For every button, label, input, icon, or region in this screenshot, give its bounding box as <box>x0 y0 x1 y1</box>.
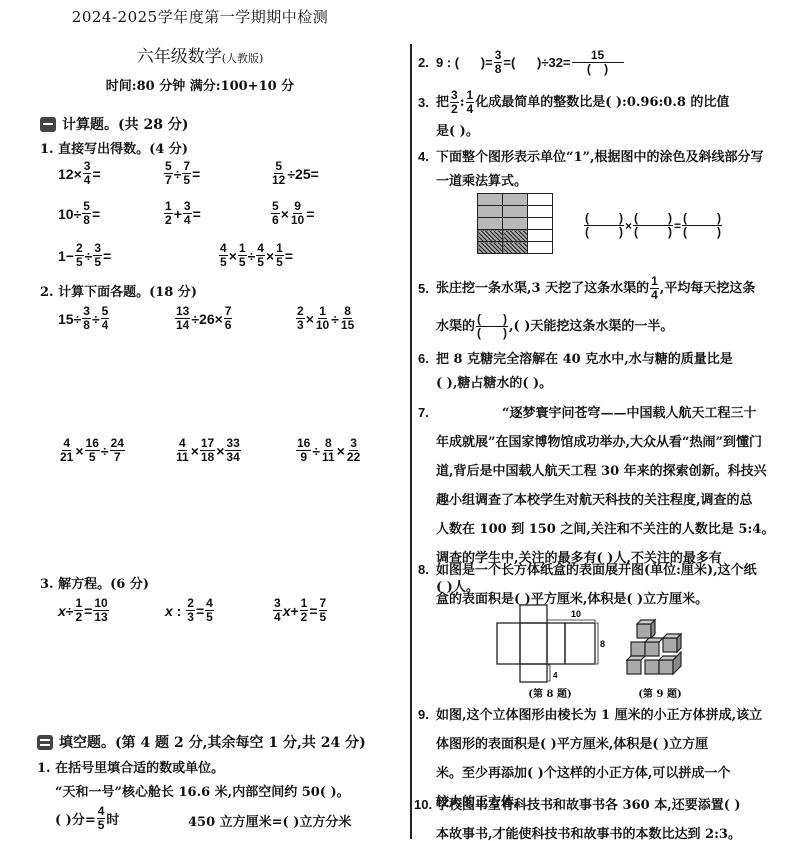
q-text: 学校图书室有科技书和故事书各 360 本,还要添置( ) <box>436 798 741 813</box>
q-number: 9. <box>418 700 436 729</box>
exam-title: 2024-2025学年度第一学期期中检测 <box>0 6 400 27</box>
svg-text:8: 8 <box>600 639 605 649</box>
s1-q3-label: 3. 解方程。(6 分) <box>40 573 149 592</box>
q-text: 把 <box>436 88 449 117</box>
equation-item: x÷12=1013 <box>58 597 110 624</box>
frac-den: 2 <box>450 103 459 116</box>
section-two-header: 填空题。(第 4 题 2 分,其余每空 1 分,共 24 分) <box>37 732 366 752</box>
calc-item: 56×910= <box>270 200 314 227</box>
s2-q5-line2: 水渠的 ()() ,( )天能挖这条水渠的一半。 <box>418 312 785 341</box>
q-number: 7. <box>418 398 436 427</box>
calc-item: 169÷811×322 <box>295 437 362 464</box>
q-text: 化成最简单的整数比是( ):0.96:0.8 的比值 <box>475 88 729 117</box>
q-number: 5. <box>418 274 436 303</box>
calc-item: 15÷38÷54 <box>58 305 110 332</box>
figure-9-caption: (第 9 题) <box>630 685 690 700</box>
s2-q6-line2: ( ),糖占糖水的( )。 <box>418 369 785 398</box>
subject-name: 六年级数学 <box>137 47 222 67</box>
unit-text: 时 <box>106 809 119 828</box>
q-text: 体图形的表面积是( )平方厘米,体积是( )立方厘 <box>418 730 778 759</box>
svg-text:4: 4 <box>553 671 558 680</box>
frac-den: 4 <box>466 103 475 116</box>
q-text: 年成就展”在国家博物馆成功举办,大众从看“热闹”到懂门 <box>418 428 778 457</box>
box-net-figure: 10 8 4 <box>495 603 615 683</box>
subject-title: 六年级数学(人教版) <box>0 42 400 67</box>
s2-q3: 3. 把 32 : 14 化成最简单的整数比是( ):0.96:0.8 的比值 <box>418 88 778 117</box>
svg-text:10: 10 <box>571 609 581 619</box>
section-two-icon <box>37 735 53 750</box>
frac-den: 4 <box>650 289 659 302</box>
multiplication-blank-equation: ()()× ()()= ()() <box>583 212 723 239</box>
q-text: 把 8 克糖完全溶解在 40 克水中,水与糖的质量比是 <box>436 352 733 367</box>
q-text: “逐梦寰宇问苍穹——中国载人航天工程三十 <box>502 406 756 421</box>
s1-q2-label: 2. 计算下面各题。(18 分) <box>40 281 197 300</box>
q-number: 10. <box>414 790 436 819</box>
edition-label: (人教版) <box>222 52 264 65</box>
unit-grid-figure <box>477 193 553 254</box>
calc-item: 10÷58= <box>58 200 100 227</box>
s2-q1-line1: “天和一号”核心舱长 16.6 米,内部空间约 50( )。 <box>55 781 350 800</box>
s2-q5-line1: 5. 张庄挖一条水渠,3 天挖了这条水渠的 14 ,平均每天挖这条 <box>418 274 778 303</box>
q-text: 如图是一个长方体纸盒的表面展开图(单位:厘米),这个纸 <box>436 563 757 578</box>
calc-item: 23×110÷815 <box>295 305 356 332</box>
equation-item: 34x+12=75 <box>272 597 328 624</box>
q-number: 2. <box>418 48 436 77</box>
calc-item: 512÷25= <box>270 160 319 187</box>
calc-item: 12+34= <box>163 200 201 227</box>
calc-item: 411×1718×3334 <box>174 437 242 464</box>
q-text: 水渠的 <box>436 312 475 341</box>
s2-q1-line2a: ( )分= 45 时 <box>55 805 119 832</box>
q-number: 3. <box>418 88 436 117</box>
s2-q10: 10.学校图书室有科技书和故事书各 360 本,还要添置( ) 本故事书,才能使… <box>414 790 774 841</box>
calc-item: 57÷75= <box>163 160 200 187</box>
equation-item: x : 23=45 <box>165 597 215 624</box>
frac-den: 5 <box>97 819 106 832</box>
section-one-icon <box>40 117 56 132</box>
ratio-expression: 9 : ( )=38=( )÷32=15( ) <box>436 48 625 77</box>
frac-num: 3 <box>450 89 459 103</box>
cube-stack-figure <box>625 618 695 682</box>
calc-item: 1−25÷35= <box>58 242 111 269</box>
s2-q4-line2: 一道乘法算式。 <box>418 167 785 196</box>
q-text: 人数在 100 到 150 之间,关注和不关注的人数比是 5:4。 <box>418 515 778 544</box>
calc-item: 1314÷26×76 <box>174 305 233 332</box>
q-text: 下面整个图形表示单位“1”,根据图中的涂色及斜线部分写 <box>436 150 764 165</box>
s2-q2: 2. 9 : ( )=38=( )÷32=15( ) <box>418 48 778 77</box>
section-one-title: 计算题。(共 28 分) <box>62 114 188 134</box>
q-text: ,( )天能挖这条水渠的一半。 <box>509 312 673 341</box>
calc-item: 421×165÷247 <box>58 437 126 464</box>
frac-num: 1 <box>466 89 475 103</box>
calc-item: 12×34= <box>58 160 101 187</box>
s1-q1-label: 1. 直接写出得数。(4 分) <box>40 138 188 157</box>
colon: : <box>460 88 465 117</box>
blank-text: ( )分= <box>55 809 96 828</box>
column-divider <box>410 44 412 839</box>
figure-8-caption: (第 8 题) <box>520 685 580 700</box>
q-text: 道,背后是中国载人航天工程 30 年来的探索创新。科技兴 <box>418 457 778 486</box>
s2-q1-label: 1. 在括号里填合适的数或单位。 <box>37 757 224 776</box>
q-number: 8. <box>418 555 436 584</box>
time-score-info: 时间:80 分钟 满分:100+10 分 <box>0 75 400 94</box>
q-text: 如图,这个立体图形由棱长为 1 厘米的小正方体拼成,该立 <box>436 708 762 723</box>
calc-item: 45×15÷45×15= <box>218 242 293 269</box>
q-text: 米。至少再添加( )个这样的小正方体,可以拼成一个 <box>418 759 778 788</box>
q-text: ,平均每天挖这条 <box>660 274 756 303</box>
section-two-title: 填空题。(第 4 题 2 分,其余每空 1 分,共 24 分) <box>59 732 366 752</box>
q-text: 趣小组调查了本校学生对航天科技的关注程度,调查的总 <box>418 486 778 515</box>
frac-num: 1 <box>650 275 659 289</box>
s2-q1-line2b: 450 立方厘米=( )立方分米 <box>188 811 351 830</box>
q-text: 张庄挖一条水渠,3 天挖了这条水渠的 <box>436 274 649 303</box>
section-one-header: 计算题。(共 28 分) <box>40 114 188 134</box>
frac-num: 4 <box>97 805 106 819</box>
q-text: 本故事书,才能使科技书和故事书的本数比达到 2:3。 <box>414 820 774 841</box>
